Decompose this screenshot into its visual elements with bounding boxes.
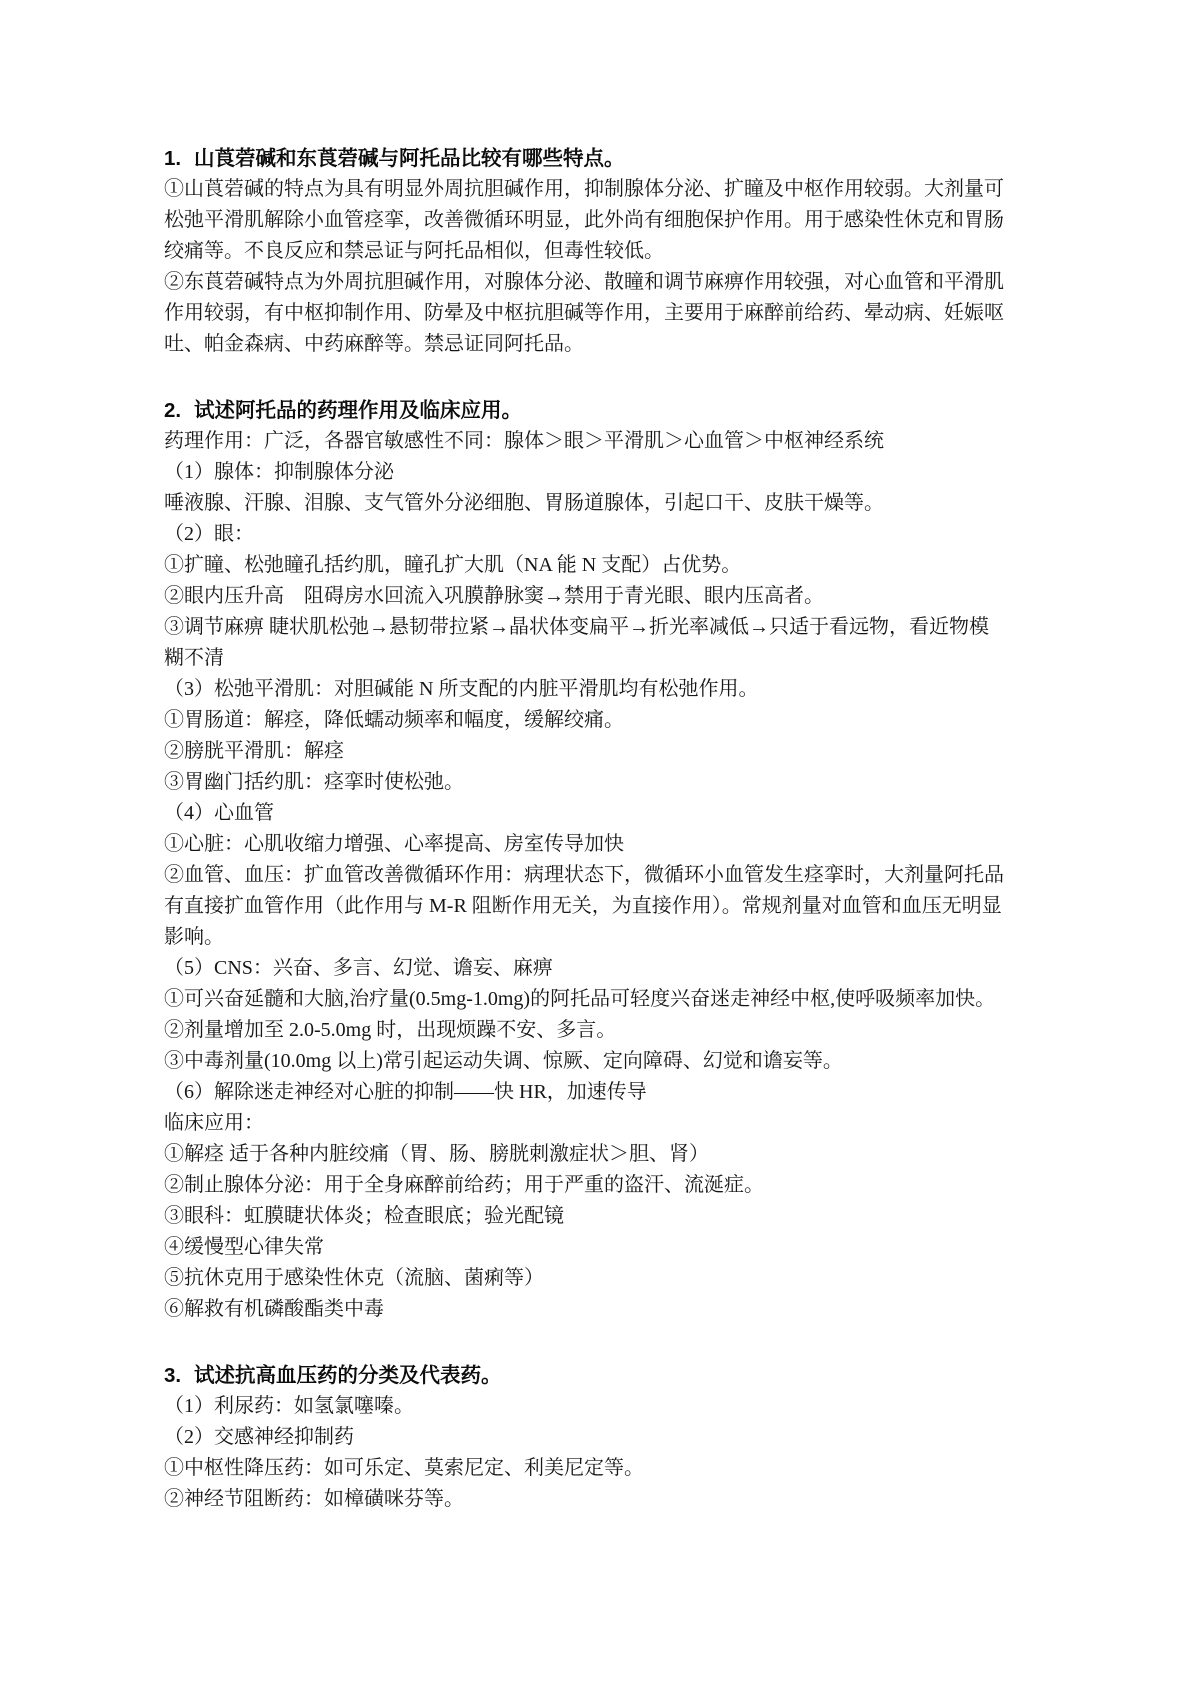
section-1-body: ①山莨菪碱的特点为具有明显外周抗胆碱作用，抑制腺体分泌、扩瞳及中枢作用较弱。大剂… [164,174,1010,360]
text-line: ②膀胱平滑肌：解痉 [164,736,1010,767]
text-line: 糊不清 [164,643,1010,674]
section-question-2: 2.试述阿托品的药理作用及临床应用。 药理作用：广泛，各器官敏感性不同：腺体＞眼… [164,395,1010,1325]
text-line: ②眼内压升高 阻碍房水回流入巩膜静脉窦→禁用于青光眼、眼内压高者。 [164,581,1010,612]
section-2-title: 试述阿托品的药理作用及临床应用。 [194,399,522,422]
text-line: 药理作用：广泛，各器官敏感性不同：腺体＞眼＞平滑肌＞心血管＞中枢神经系统 [164,426,1010,457]
text-line: （3）松弛平滑肌：对胆碱能 N 所支配的内脏平滑肌均有松弛作用。 [164,674,1010,705]
text-line: （2）交感神经抑制药 [164,1422,1010,1453]
text-line: ③胃幽门括约肌：痉挛时使松弛。 [164,767,1010,798]
text-line: ②血管、血压：扩血管改善微循环作用：病理状态下，微循环小血管发生痉挛时，大剂量阿… [164,860,1010,891]
text-line: （5）CNS：兴奋、多言、幻觉、谵妄、麻痹 [164,953,1010,984]
text-line: 唾液腺、汗腺、泪腺、支气管外分泌细胞、胃肠道腺体，引起口干、皮肤干燥等。 [164,488,1010,519]
section-1-heading: 1.山莨菪碱和东莨菪碱与阿托品比较有哪些特点。 [164,143,1010,174]
text-line: ②剂量增加至 2.0-5.0mg 时，出现烦躁不安、多言。 [164,1015,1010,1046]
text-line: （6）解除迷走神经对心脏的抑制——快 HR，加速传导 [164,1077,1010,1108]
text-line: ③中毒剂量(10.0mg 以上)常引起运动失调、惊厥、定向障碍、幻觉和谵妄等。 [164,1046,1010,1077]
text-line: ②神经节阻断药：如樟磺咪芬等。 [164,1484,1010,1515]
text-line: 作用较弱，有中枢抑制作用、防晕及中枢抗胆碱等作用，主要用于麻醉前给药、晕动病、妊… [164,298,1010,329]
text-line: 有直接扩血管作用（此作用与 M-R 阻断作用无关，为直接作用）。常规剂量对血管和… [164,891,1010,922]
section-2-heading: 2.试述阿托品的药理作用及临床应用。 [164,395,1010,426]
text-line: ③眼科：虹膜睫状体炎；检查眼底；验光配镜 [164,1201,1010,1232]
text-line: ①心脏：心肌收缩力增强、心率提高、房室传导加快 [164,829,1010,860]
text-line: ①山莨菪碱的特点为具有明显外周抗胆碱作用，抑制腺体分泌、扩瞳及中枢作用较弱。大剂… [164,174,1010,205]
text-line: （1）腺体：抑制腺体分泌 [164,457,1010,488]
document-page: 1.山莨菪碱和东莨菪碱与阿托品比较有哪些特点。 ①山莨菪碱的特点为具有明显外周抗… [0,0,1190,1683]
section-2-number: 2. [164,395,194,426]
section-3-number: 3. [164,1360,194,1391]
section-question-1: 1.山莨菪碱和东莨菪碱与阿托品比较有哪些特点。 ①山莨菪碱的特点为具有明显外周抗… [164,143,1010,360]
section-2-body: 药理作用：广泛，各器官敏感性不同：腺体＞眼＞平滑肌＞心血管＞中枢神经系统（1）腺… [164,426,1010,1325]
text-line: ②制止腺体分泌：用于全身麻醉前给药；用于严重的盗汗、流涎症。 [164,1170,1010,1201]
section-1-title: 山莨菪碱和东莨菪碱与阿托品比较有哪些特点。 [194,147,625,170]
text-line: （4）心血管 [164,798,1010,829]
text-line: ①可兴奋延髓和大脑,治疗量(0.5mg-1.0mg)的阿托品可轻度兴奋迷走神经中… [164,984,1010,1015]
text-line: （1）利尿药：如氢氯噻嗪。 [164,1391,1010,1422]
text-line: ③调节麻痹 睫状肌松弛→悬韧带拉紧→晶状体变扁平→折光率减低→只适于看远物，看近… [164,612,1010,643]
text-line: ①胃肠道：解痉，降低蠕动频率和幅度，缓解绞痛。 [164,705,1010,736]
text-line: 绞痛等。不良反应和禁忌证与阿托品相似，但毒性较低。 [164,236,1010,267]
section-3-title: 试述抗高血压药的分类及代表药。 [194,1364,502,1387]
text-line: ①解痉 适于各种内脏绞痛（胃、肠、膀胱刺激症状＞胆、肾） [164,1139,1010,1170]
text-line: ①扩瞳、松弛瞳孔括约肌，瞳孔扩大肌（NA 能 N 支配）占优势。 [164,550,1010,581]
text-line: ①中枢性降压药：如可乐定、莫索尼定、利美尼定等。 [164,1453,1010,1484]
text-line: 影响。 [164,922,1010,953]
text-line: ⑤抗休克用于感染性休克（流脑、菌痢等） [164,1263,1010,1294]
text-line: ④缓慢型心律失常 [164,1232,1010,1263]
text-line: ②东莨菪碱特点为外周抗胆碱作用，对腺体分泌、散瞳和调节麻痹作用较强，对心血管和平… [164,267,1010,298]
section-3-body: （1）利尿药：如氢氯噻嗪。（2）交感神经抑制药①中枢性降压药：如可乐定、莫索尼定… [164,1391,1010,1515]
section-1-number: 1. [164,143,194,174]
document-content: 1.山莨菪碱和东莨菪碱与阿托品比较有哪些特点。 ①山莨菪碱的特点为具有明显外周抗… [164,143,1010,1515]
text-line: 临床应用： [164,1108,1010,1139]
section-question-3: 3.试述抗高血压药的分类及代表药。 （1）利尿药：如氢氯噻嗪。（2）交感神经抑制… [164,1360,1010,1515]
text-line: 松弛平滑肌解除小血管痉挛，改善微循环明显，此外尚有细胞保护作用。用于感染性休克和… [164,205,1010,236]
section-3-heading: 3.试述抗高血压药的分类及代表药。 [164,1360,1010,1391]
text-line: ⑥解救有机磷酸酯类中毒 [164,1294,1010,1325]
text-line: （2）眼： [164,519,1010,550]
text-line: 吐、帕金森病、中药麻醉等。禁忌证同阿托品。 [164,329,1010,360]
